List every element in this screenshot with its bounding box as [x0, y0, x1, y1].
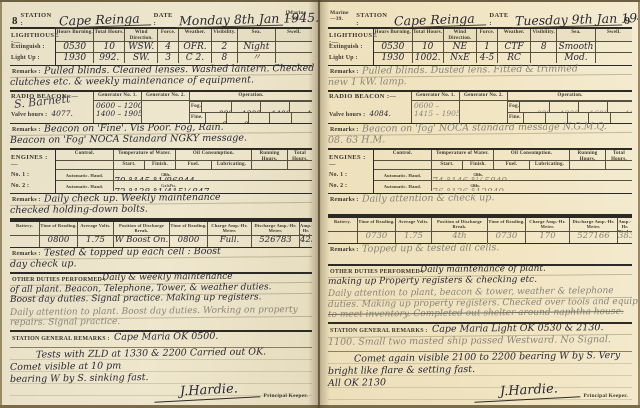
control-header: Control. [374, 150, 431, 157]
battery-header-text: Battery. [10, 222, 39, 228]
lighthouse-grid: Hours Burning.Total Hours.Wind Direction… [56, 29, 312, 65]
column-header: Sea. [238, 29, 276, 41]
battery-header-cell: Average Volts. [78, 222, 114, 235]
battery-header-cell: Charge Amp.-Hr. Meter. [208, 222, 252, 235]
fog-cell: To 1600 [579, 102, 608, 112]
generator1-column: Generator No. 1. 0600 – 1415 – 1905 [412, 92, 460, 123]
fog-cell: From 1700 [290, 102, 312, 112]
start-header: Start. [114, 161, 144, 168]
column-header: Weather. [498, 29, 532, 41]
unit-label: Pts. [476, 173, 483, 178]
column-header: Total Hours. [94, 29, 125, 41]
engine-value: 76 ° [432, 188, 451, 191]
generator1-line2: 1400 – 1905 [96, 110, 139, 118]
water-temp-header: Temperature of Water. [432, 150, 493, 157]
finish-header: Finish. [463, 161, 493, 168]
column-header: Visibility. [531, 29, 557, 41]
engines-header-row1: Control. Temperature of Water. Oil Consu… [56, 150, 312, 160]
keeper-signature: J.Hardie. [153, 382, 260, 403]
generator1-entries: 0600 – 1415 – 1905 [412, 101, 459, 119]
column-header: Total Hours. [413, 29, 444, 41]
extinguish-cell: 10 [94, 42, 125, 52]
battery-table: Battery.Time of Reading.Average Volts.Po… [10, 220, 312, 248]
keeper-signature: J.Hardie. [473, 382, 580, 403]
finish-header: Finish. [145, 161, 175, 168]
unit-label: Pts. [473, 184, 480, 189]
other-duties-ink-lines: Daily maintenance of plant.making up Pro… [328, 267, 632, 288]
oil-consumption-header: Oil Consumption. [494, 150, 569, 157]
battery-header-cell: Amp.-Hr. Discharge. [618, 218, 632, 231]
engines-row-labels: ENGINES :— No. 1 : No. 2 : [328, 150, 374, 193]
station-general-remarks: STATION GENERAL REMARKS : Cape Maria Lig… [328, 324, 632, 352]
control-options: Automatic. Hand. [56, 181, 114, 191]
remarks-line: 08. 63 H.M. [328, 133, 632, 147]
engine-value: 70 ° [114, 177, 133, 180]
engine-cell: 74 ° [432, 170, 451, 180]
engines-label: ENGINES :— [329, 151, 372, 170]
engine-value: 849 [487, 188, 504, 191]
engines-row-labels: ENGINES :— No. 1 : No. 2 : [10, 150, 56, 193]
battery-header-text: Amp.-Hr. Discharge. [300, 222, 312, 235]
radio-beacon-label: RADIO BEACON :— [329, 93, 410, 100]
battery-header-cell: Charge Amp.-Hr. Meter. [526, 218, 570, 231]
battery-header-cell: Amp.-Hr. Discharge. [300, 222, 312, 235]
left-page-header: 8 STATION : Cape Reinga DATE : Monday 8t… [10, 5, 312, 27]
lightup-cell: 992. [94, 53, 125, 63]
control-options: Automatic. Hand. [374, 170, 432, 180]
engine1-row: Automatic. Hand. 74 °146 °¼Gals.Pts.5849 [374, 169, 632, 180]
engine-value: 849 [490, 177, 507, 180]
operation-header: Operation. [508, 92, 632, 101]
beacon-remarks-lines: Beacon on 'fog' NOCA standard message N.… [328, 125, 632, 147]
lightup-cell: 1930 [374, 53, 413, 63]
engine-value: 72 ° [114, 188, 133, 191]
battery-table: Battery.Time of Reading.Average Volts.Po… [328, 216, 632, 244]
extinguish-row: 053010NE1CTF8Smooth [374, 41, 632, 52]
engine-value: 74 ° [432, 177, 451, 180]
engine-cell: 844 [178, 170, 195, 180]
fog-label: Fog. [508, 102, 520, 112]
battery-header-cell: Position of Discharge Break. [432, 218, 488, 231]
engines-header-row2: Start. Finish. Fuel. Lubricating. [374, 160, 632, 169]
control-options: Automatic. Hand. [374, 181, 432, 191]
start-header: Start. [432, 161, 462, 168]
other-duties-section: OTHER DUTIES PERFORMED : Daily maintenan… [328, 266, 632, 324]
extinguish-cell: 8 [531, 42, 557, 52]
battery-header-text: Average Volts. [78, 222, 113, 228]
fog-row: Fog. From 0800To 1200To 1400From 1700Fro… [190, 101, 312, 112]
engine2-label: No. 2 : [329, 181, 372, 192]
radio-beacon-table: RADIO BEACON :— Valve hours : 4084. Gene… [328, 92, 632, 124]
extinguish-cell: 0530 [374, 42, 413, 52]
lightup-row: 1930992.SW.3C 2.8〃 [56, 52, 312, 63]
engines-grid: Control. Temperature of Water. Oil Consu… [56, 150, 312, 193]
extinguish-label: Extinguish : [11, 42, 54, 53]
battery-remarks: Remarks : Tested & topped up each cell :… [10, 248, 312, 274]
extinguish-cell: NE [444, 42, 478, 52]
remarks-line: day check up. [10, 257, 312, 271]
extinguish-cell: 2 [212, 42, 238, 52]
column-header: Swell. [596, 29, 632, 41]
operation-header: Operation. [190, 92, 312, 101]
unit-label: Pts. [164, 173, 171, 178]
battery-header-text: Battery. [328, 218, 357, 224]
lightup-cell [276, 53, 312, 63]
battery-header-text: Position of Discharge Break. [114, 222, 169, 233]
battery-value-cell: 1.75 [396, 232, 432, 243]
extinguish-cell: 4 [158, 42, 178, 52]
generator2-entries [142, 101, 189, 103]
other-duties-ink-lines: Daily & weekly maintenanceof all plant. … [10, 275, 312, 307]
engine2-label: No. 2 : [11, 181, 54, 192]
form-number: Marine—39. [330, 8, 353, 23]
operation-column: Operation. Fog. From 0800To 1200To 1600F… [508, 92, 632, 123]
valve-hours-value: 4077. [51, 109, 72, 118]
beacon-label-column: RADIO BEACON :— Valve hours : 4084. [328, 92, 412, 123]
column-header: Visibility. [212, 29, 238, 41]
lightup-cell: 〃 [238, 53, 276, 63]
extinguish-cell: CTF [498, 42, 532, 52]
battery-header-text: Amp.-Hr. Discharge. [618, 218, 632, 231]
general-remarks-lines: Cape Maria Light OK 0530 & 2130.1100. Sm… [328, 326, 632, 350]
fog-label: Fog. [190, 102, 202, 112]
duty-line-pencil: repairs. Signal practice. [10, 316, 312, 330]
engine1-cells: 70 °145 °1/8Gals.Pts.6844 [114, 170, 312, 180]
engines-header-row2: Start. Finish. Fuel. Lubricating. [56, 160, 312, 169]
battery-header-cell: Battery. [10, 222, 40, 235]
battery-headers: Battery.Time of Reading.Average Volts.Po… [10, 222, 312, 235]
lighthouse-grid: Hours Burning.Total Hours.Wind Direction… [374, 29, 632, 65]
running-hours-header: Running Hours. [570, 150, 605, 160]
battery-header-cell: Battery. [328, 218, 358, 231]
lightup-cell: SW. [125, 53, 158, 63]
fog-row: Fog. From 0800To 1200To 1600From 1900Fro… [508, 101, 632, 112]
column-header: Swell. [276, 29, 312, 41]
free-note-lines: Tests with ZLD at 1330 & 2200 Carried ou… [10, 351, 312, 387]
remarks-line: checked holding-down bolts. [10, 203, 312, 217]
lightup-cell [531, 53, 557, 63]
engine1-label: No. 1 : [11, 170, 54, 181]
extinguish-cell: Night [238, 42, 276, 52]
signature-row: J.Hardie. Principal Keeper. [154, 384, 308, 400]
general-remark-line: Cape Maria OK 0500. [10, 330, 312, 345]
lightup-label: Light Up : [329, 53, 372, 64]
generator2-header: Generator No. 2. [142, 92, 189, 101]
battery-header-text: Time of Reading. [358, 218, 395, 224]
lighthouse-remarks: Remarks : Pulled blinds. Dusted lens. Fi… [328, 66, 632, 92]
principal-keeper-label: Principal Keeper. [584, 393, 628, 400]
engines-label: ENGINES :— [11, 151, 54, 170]
date-label: DATE : [489, 12, 508, 27]
lightup-cell: 1002. [413, 53, 444, 63]
lubricating-header: Lubricating. [212, 161, 251, 168]
engines-remarks: Remarks : Daily attention & check up. [328, 194, 632, 216]
running-hours-header: Running Hours. [252, 150, 287, 160]
signature-row: J.Hardie. Principal Keeper. [474, 384, 628, 400]
generator1-line2: 1415 – 1905 [414, 110, 457, 118]
battery-value-cell: 4th [432, 232, 488, 243]
extinguish-cell: 10 [413, 42, 444, 52]
generator2-column: Generator No. 2. [460, 92, 508, 123]
generator1-header: Generator No. 1. [412, 92, 459, 101]
fine-cell: From 0730 [227, 113, 248, 123]
engine2-row: Automatic. Hand. 72 °138 °1/4Gals.1Pts.5… [56, 180, 312, 191]
column-header: Wind Direction. [444, 29, 478, 41]
engine-cell: 138 ° [133, 181, 158, 191]
engines-header-row1: Control. Temperature of Water. Oil Consu… [374, 150, 632, 160]
lightup-cell: 4-5 [477, 53, 498, 63]
fog-cell: From 1900 [608, 102, 632, 112]
extinguish-label: Extinguish : [329, 42, 372, 53]
engine-cell: 72 ° [114, 181, 133, 191]
column-header: Force. [158, 29, 178, 41]
battery-header-cell: Time of Reading. [170, 222, 208, 235]
engines-table: ENGINES :— No. 1 : No. 2 : Control. Temp… [328, 150, 632, 194]
control-options: Automatic. Hand. [56, 170, 114, 180]
general-remark-line: 1100. Small two masted ship passed Westw… [328, 334, 632, 349]
lightup-cell: Mod. [557, 53, 596, 63]
lighthouse-label: LIGHTHOUSE :— [11, 30, 54, 42]
engine-cell: 70 ° [114, 170, 133, 180]
column-header: Sea. [557, 29, 596, 41]
battery-header-text: Time of Reading. [170, 222, 207, 228]
battery-header-text: Charge Amp.-Hr. Meter. [208, 222, 251, 233]
battery-headers: Battery.Time of Reading.Average Volts.Po… [328, 218, 632, 231]
lightup-cell: 3 [158, 53, 178, 63]
engine-cell: 5½ [178, 181, 192, 191]
other-duties-pencil-lines: Daily attention to plant. Boost day duti… [10, 309, 312, 330]
lighthouse-row-labels: LIGHTHOUSE :— Extinguish : Light Up : [328, 29, 374, 65]
lightup-cell: NxE [444, 53, 478, 63]
remarks-line: Topped up & tested all cells. [328, 242, 632, 256]
station-label: STATION : [356, 12, 387, 27]
fog-cell: To 1200 [232, 102, 261, 112]
engine-cell: 849 [487, 181, 504, 191]
lighthouse-label: LIGHTHOUSE :— [329, 30, 372, 42]
extinguish-cell [596, 42, 632, 52]
battery-values: 07301.754th0730170527166383 [328, 231, 632, 243]
extinguish-cell: Smooth [557, 42, 596, 52]
engine-value: 138 ° [133, 188, 158, 191]
engine-cell: 146 ° [451, 170, 476, 180]
right-page-header: Marine—39. STATION : Cape Reinga DATE : … [328, 5, 632, 27]
fog-cell: From 0800 [520, 102, 549, 112]
beacon-remarks: Remarks : Beacon on 'Fine'. Vis Poor. Fo… [10, 124, 312, 150]
engine2-cells: 72 °138 °1/4Gals.1Pts.5½847. [114, 181, 312, 191]
lightup-cell: C 2. [179, 53, 212, 63]
engines-grid: Control. Temperature of Water. Oil Consu… [374, 150, 632, 193]
engine2-cells: 76 °136 °1Gals.Pts.2849 [432, 181, 632, 191]
extinguish-cell: OFR. [179, 42, 212, 52]
water-temp-header: Temperature of Water. [114, 150, 175, 157]
battery-value-cell: 1.75 [78, 236, 114, 247]
battery-header-cell: Discharge Amp.-Hr. Meter. [252, 222, 300, 235]
battery-remarks-lines: Tested & topped up each cell : Boostday … [10, 249, 312, 271]
remarks-line: Daily attention & check up. [328, 192, 632, 206]
valve-hours: Valve hours : 4084. [329, 103, 391, 121]
lighthouse-remarks-lines: Pulled blinds. Cleaned lenses. Washed la… [10, 67, 312, 89]
beacon-remarks-lines: Beacon on 'Fine'. Vis Poor. Fog, Rain.Be… [10, 125, 312, 147]
remarks-line: clutches etc. & weekly maintenance of eq… [10, 75, 312, 89]
column-header: Hours Burning. [374, 29, 413, 41]
generator2-entries [460, 101, 507, 103]
engine-value: 844 [178, 177, 195, 180]
date-value: Tuesday 9th Jan 1945. [511, 11, 621, 28]
valve-hours: Valve hours : 4077. [11, 103, 73, 121]
lubricating-header: Lubricating. [530, 161, 569, 168]
fuel-header: Fuel. [176, 161, 211, 168]
total-hours-header: Total Hours. [606, 150, 632, 160]
battery-header-text: Time of Reading. [488, 218, 525, 224]
engine-value: 5½ [178, 188, 192, 191]
battery-remarks: Remarks : Topped up & tested all cells. [328, 244, 632, 266]
generator1-entries: 0600 – 1200 1400 – 1905 [94, 101, 141, 119]
battery-header-text: Discharge Amp.-Hr. Meter. [252, 222, 299, 233]
column-header: Hours Burning. [56, 29, 94, 41]
generator2-column: Generator No. 2. [142, 92, 190, 123]
battery-remarks-lines: Topped up & tested all cells. [328, 245, 632, 256]
generator1-column: Generator No. 1. 0600 – 1200 1400 – 1905 [94, 92, 142, 123]
operation-column: Operation. Fog. From 0800To 1200To 1400F… [190, 92, 312, 123]
lightup-label: Light Up : [11, 53, 54, 64]
control-header: Control. [56, 150, 113, 157]
engine-value: 146 ° [451, 177, 476, 180]
principal-keeper-label: Principal Keeper. [264, 393, 308, 400]
engine-cell: 847. [192, 181, 212, 191]
remarks-line: new 1 kW. lamp. [328, 75, 632, 89]
total-hours-header: Total Hours. [288, 150, 312, 160]
generator2-header: Generator No. 2. [460, 92, 507, 101]
engines-remarks-lines: Daily check up. Weekly maintenancechecke… [10, 195, 312, 217]
engines-remarks-lines: Daily attention & check up. [328, 195, 632, 206]
date-label: DATE : [154, 12, 173, 27]
battery-header-cell: Time of Reading. [358, 218, 396, 231]
battery-header-cell: Average Volts. [396, 218, 432, 231]
remarks-line: Beacon on 'Fog' NOCA Standard NGKY messa… [10, 133, 312, 147]
page-number: 8 [12, 15, 18, 27]
battery-value-cell: 0730 [358, 232, 396, 243]
radio-beacon-table: RADIO BEACON :— S. Barnett Valve hours :… [10, 92, 312, 124]
battery-value-cell [328, 232, 358, 243]
lightup-cell: 1930 [56, 53, 94, 63]
engines-remarks: Remarks : Daily check up. Weekly mainten… [10, 194, 312, 220]
engine-value: 847. [192, 188, 212, 191]
battery-header-text: Charge Amp.-Hr. Meter. [526, 218, 569, 229]
free-notes-area: Comet again visible 2100 to 2200 bearing… [328, 352, 632, 406]
lightup-row: 19301002.NxE4-5RCMod. [374, 52, 632, 63]
battery-header-cell: Position of Discharge Break. [114, 222, 170, 235]
extinguish-cell: 1 [477, 42, 498, 52]
lightup-cell: 8 [212, 53, 238, 63]
column-header: Weather. [179, 29, 212, 41]
battery-header-text: Average Volts. [396, 218, 431, 224]
lightup-cell: RC [498, 53, 532, 63]
free-notes-area: Tests with ZLD at 1330 & 2200 Carried ou… [10, 348, 312, 406]
duty-line-struck: to meet inventory. Completed out shelter… [328, 308, 632, 322]
fog-cell: To 1400 [261, 102, 290, 112]
battery-header-cell: Time of Reading. [40, 222, 78, 235]
battery-value-cell: 0800 [40, 236, 78, 247]
lighthouse-remarks: Remarks : Pulled blinds. Cleaned lenses.… [10, 66, 312, 92]
lighthouse-column-headers: Hours Burning.Total Hours.Wind Direction… [56, 29, 312, 41]
extinguish-cell: WSW. [125, 42, 158, 52]
engine1-label: No. 1 : [329, 170, 372, 181]
battery-values: 08001.75W Boost On.0800Full.526783423 [10, 235, 312, 247]
logbook-scan: { "left": { "page_number": "8", "station… [0, 0, 640, 408]
battery-header-text: Time of Reading. [40, 222, 77, 228]
valve-hours-label: Valve hours : [329, 112, 365, 118]
other-duties-section: OTHER DUTIES PERFORMED : Daily & weekly … [10, 274, 312, 332]
extinguish-cell [276, 42, 312, 52]
column-header: Force. [477, 29, 498, 41]
battery-value-cell: W Boost On. [114, 236, 170, 247]
station-label: STATION : [21, 12, 52, 27]
battery-header-cell: Time of Reading. [488, 218, 526, 231]
unit-label: Pts. [169, 184, 176, 189]
lightup-cell [596, 53, 632, 63]
engine-cell: 145 ° [133, 170, 158, 180]
extinguish-row: 053010WSW.4OFR.2Night [56, 41, 312, 52]
valve-hours-label: Valve hours : [11, 112, 47, 118]
date-value: Monday 8th Jan 1945. [176, 11, 283, 28]
right-page: Marine—39. STATION : Cape Reinga DATE : … [320, 2, 638, 405]
engine1-row: Automatic. Hand. 70 °145 °1/8Gals.Pts.68… [56, 169, 312, 180]
extinguish-cell: 0530 [56, 42, 94, 52]
oil-consumption-header: Oil Consumption. [176, 150, 251, 157]
station-general-remarks: STATION GENERAL REMARKS : Cape Maria OK … [10, 332, 312, 348]
engine-cell: 849 [490, 170, 507, 180]
fog-cells: From 0800To 1200To 1600From 1900From [520, 102, 632, 112]
lighthouse-column-headers: Hours Burning.Total Hours.Wind Direction… [374, 29, 632, 41]
engine-cell: 76 ° [432, 181, 451, 191]
battery-header-cell: Discharge Amp.-Hr. Meter. [570, 218, 618, 231]
generator1-header: Generator No. 1. [94, 92, 141, 101]
lighthouse-remarks-lines: Pulled blinds. Dusted lens. Fitted & tri… [328, 67, 632, 89]
battery-header-text: Discharge Amp.-Hr. Meter. [570, 218, 617, 229]
fuel-header: Fuel. [494, 161, 529, 168]
engine1-cells: 74 °146 °¼Gals.Pts.5849 [432, 170, 632, 180]
lighthouse-table: LIGHTHOUSE :— Extinguish : Light Up : Ho… [328, 27, 632, 66]
battery-value-cell [10, 236, 40, 247]
general-remarks-lines: Cape Maria OK 0500. [10, 334, 312, 346]
beacon-remarks: Remarks : Beacon on 'fog' NOCA standard … [328, 124, 632, 150]
engine-value: 145 ° [133, 177, 158, 180]
beacon-label-column: RADIO BEACON :— S. Barnett Valve hours :… [10, 92, 94, 123]
column-header: Wind Direction. [125, 29, 158, 41]
lighthouse-row-labels: LIGHTHOUSE :— Extinguish : Light Up : [10, 29, 56, 65]
fog-cell: From 0800 [202, 102, 231, 112]
valve-hours-value: 4084. [369, 109, 390, 118]
left-page: 8 STATION : Cape Reinga DATE : Monday 8t… [2, 2, 318, 405]
engines-table: ENGINES :— No. 1 : No. 2 : Control. Temp… [10, 150, 312, 194]
fog-cells: From 0800To 1200To 1400From 1700From [202, 102, 312, 112]
lighthouse-table: LIGHTHOUSE :— Extinguish : Light Up : Ho… [10, 27, 312, 66]
battery-value-cell: 170 [526, 232, 570, 243]
fog-cell: To 1200 [550, 102, 579, 112]
battery-header-text: Position of Discharge Break. [432, 218, 487, 229]
engine2-row: Automatic. Hand. 76 °136 °1Gals.Pts.2849 [374, 180, 632, 191]
